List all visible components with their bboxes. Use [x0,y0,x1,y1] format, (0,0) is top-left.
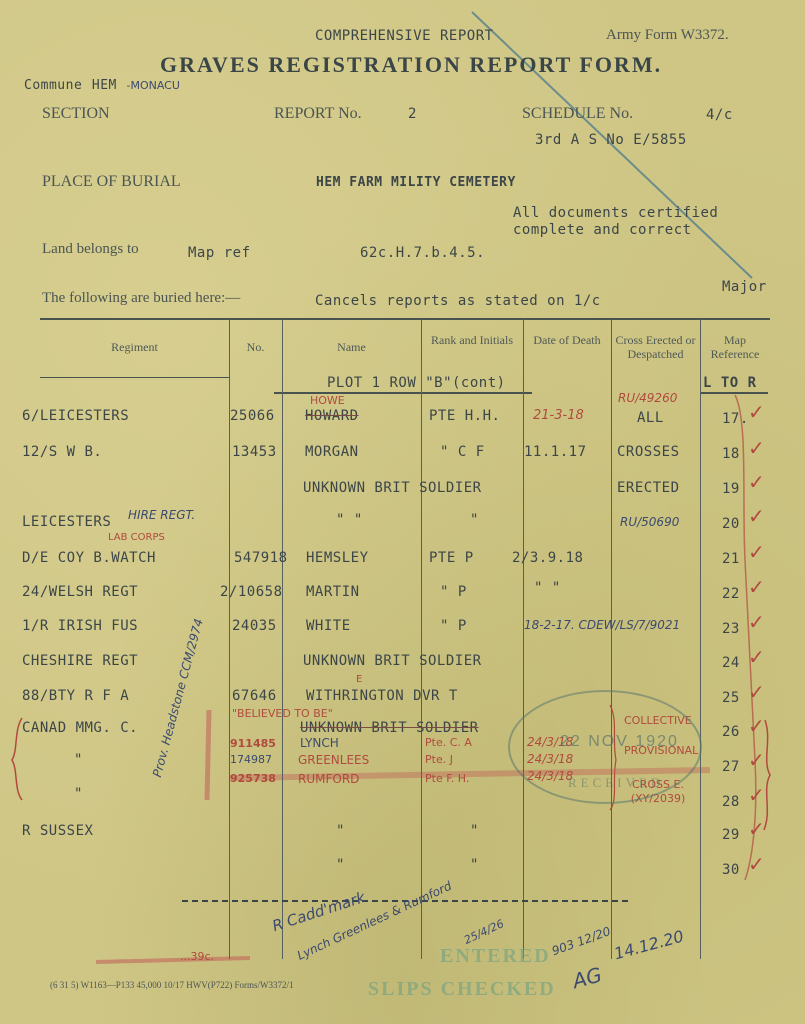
regiment-cell: CANAD MMG. C. [22,720,138,736]
map-cell: 26 [722,724,740,740]
map-cell: 30 [722,862,740,878]
commune-label: Commune [24,78,82,93]
army-form-number: Army Form W3372. [606,27,729,44]
name-cell: WITHRINGTON DVR T [306,688,458,704]
check-icon: ✓ [748,645,765,669]
col-divider [700,319,701,959]
number-cell: 174987 [230,753,272,766]
map-cell: 23 [722,621,740,637]
map-cell: 18 [722,446,740,462]
name-cell: MORGAN [305,444,359,460]
pencil-diagonal-mark [0,0,805,1024]
regiment-handwritten: HIRE REGT. [128,508,195,522]
rank-cell: PTE P [429,550,474,566]
map-ref-value: 62c.H.7.b.4.5. [360,245,485,261]
rank-cell: Pte F. H. [425,772,469,785]
struck-name: UNKNOWN BRIT SOLDIER [300,720,479,736]
certified-line-1: All documents certified [513,205,718,221]
rank-cell: Pte. J [425,753,453,766]
regiment-cell: D/E COY B.WATCH [22,550,156,566]
regiment-handwritten: LAB CORPS [108,532,165,543]
date-cell: " " [534,580,561,596]
schedule-number: 4/c [706,107,733,123]
name-cell: " " [336,512,363,528]
name-correction: E [356,674,362,685]
comprehensive-report-label: COMPREHENSIVE REPORT [315,28,494,44]
col-header-name: Name [282,340,421,354]
place-of-burial-label: PLACE OF BURIAL [42,173,181,191]
regiment-cell: 24/WELSH REGT [22,584,138,600]
check-icon: ✓ [748,575,765,599]
rank-cell: " P [440,618,467,634]
slips-checked-stamp: SLIPS CHECKED [368,978,556,1001]
cross-note: RU/49260 [618,391,677,405]
name-cell: LYNCH [300,736,339,750]
date-cell: 21-3-18 [533,408,584,423]
map-order-underline [700,392,768,394]
cross-note: RU/50690 [620,515,679,529]
check-icon: ✓ [748,748,765,772]
number-cell: 911485 [230,737,276,750]
name-cell: " [336,857,345,873]
name-cell: UNKNOWN BRIT SOLDIER [303,480,482,496]
rank-cell: PTE H.H. [429,408,500,424]
regiment-cell: 88/BTY R F A [22,688,129,704]
commune-value: HEM [92,78,117,93]
regiment-cell: " [74,786,83,802]
number-cell: 67646 [232,688,277,704]
check-icon: ✓ [748,540,765,564]
name-cell: UNKNOWN BRIT SOLDIER [303,653,482,669]
date-cell: 11.1.17 [524,444,587,460]
plot-row-label: PLOT 1 ROW "B"(cont) [327,375,506,391]
regiment-cell: 1/R IRISH FUS [22,618,138,634]
page-title: GRAVES REGISTRATION REPORT FORM. [160,52,662,78]
check-icon: ✓ [748,436,765,460]
number-cell: 25066 [230,408,275,424]
check-icon: ✓ [748,470,765,494]
map-ref-label: Map ref [188,245,251,261]
name-cell: MARTIN [306,584,360,600]
entered-stamp: ENTERED [440,945,551,968]
col-header-rank: Rank and Initials [421,333,523,347]
commune-field: Commune HEM -MONACU [24,76,180,94]
map-cell: 29 [722,827,740,843]
map-cell: 28 [722,794,740,810]
check-icon: ✓ [748,714,765,738]
check-icon: ✓ [748,680,765,704]
name-cell: HEMSLEY [306,550,369,566]
rank-cell: Pte. C. A [425,736,472,749]
col-divider [282,319,283,959]
map-order-label: L TO R [703,375,757,391]
check-icon: ✓ [748,504,765,528]
name-cell: HOWARD [305,408,359,424]
name-correction: HOWE [310,394,345,407]
rank-cell: " P [440,584,467,600]
number-cell: 2/10658 [220,584,283,600]
name-cell: RUMFORD [298,772,359,786]
section-label: SECTION [42,105,110,123]
check-icon: ✓ [748,817,765,841]
land-belongs-label: Land belongs to [42,241,139,258]
number-cell: 925738 [230,772,276,785]
col-header-no: No. [229,340,282,354]
rank-cell: " [470,823,479,839]
map-cell: 24 [722,655,740,671]
regiment-cell: R SUSSEX [22,823,93,839]
date-cell: 2/3.9.18 [512,550,583,566]
number-cell: 547918 [234,550,288,566]
table-top-rule [40,318,770,320]
buried-value: Cancels reports as stated on 1/c [315,293,601,309]
regiment-cell: LEICESTERS [22,514,111,530]
number-cell: 24035 [232,618,277,634]
buried-label: The following are buried here:— [42,290,240,307]
map-cell: 22 [722,586,740,602]
regiment-cell: CHESHIRE REGT [22,653,138,669]
map-cell: 19 [722,481,740,497]
place-of-burial-value: HEM FARM MILITY CEMETERY [316,175,516,190]
regiment-cell: 6/LEICESTERS [22,408,129,424]
rank-cell: " C F [440,444,485,460]
col-header-regiment: Regiment [40,340,229,354]
map-cell: 17. [722,411,749,427]
regiment-cell: 12/S W B. [22,444,102,460]
name-cell: " [336,823,345,839]
col-divider [523,319,524,959]
header-bottom-rule [40,377,230,378]
check-icon: ✓ [748,852,765,876]
col-divider [611,319,612,959]
believed-note: "BELIEVED TO BE" [232,707,333,720]
as-number: 3rd A S No E/5855 [535,132,687,148]
stamp-text: RECEIVED [568,775,664,791]
check-icon: ✓ [748,783,765,807]
stamp-date: 22 NOV 1920 [560,733,679,751]
col-header-map: Map Reference [700,333,770,361]
report-number: 2 [408,106,417,122]
cross-cell: ERECTED [617,480,680,496]
cross-cell: CROSSES [617,444,680,460]
cross-cell: ALL [637,410,664,426]
name-cell: GREENLEES [298,753,369,767]
date-cell: 18-2-17. CDEW/LS/7/9021 [524,618,680,632]
report-label: REPORT No. [274,105,362,123]
signature-rank: Major [722,279,767,295]
commune-handwritten: -MONACU [127,79,180,92]
check-icon: ✓ [748,610,765,634]
certified-line-2: complete and correct [513,222,692,238]
regiment-cell: " [74,752,83,768]
map-cell: 25 [722,690,740,706]
map-cell: 27 [722,759,740,775]
footer-struck-note: ...39c. [180,950,214,963]
rank-cell: " [470,857,479,873]
col-header-cross: Cross Erected or Despatched [611,333,700,361]
check-icon: ✓ [748,400,765,424]
name-cell: WHITE [306,618,351,634]
map-cell: 21 [722,551,740,567]
print-line: (6 31 5) W1163—P133 45,000 10/17 HWV(P72… [50,980,294,990]
map-cell: 20 [722,516,740,532]
col-divider [421,319,422,959]
schedule-label: SCHEDULE No. [522,105,633,123]
number-cell: 13453 [232,444,277,460]
rank-cell: " [470,512,479,528]
col-header-date: Date of Death [523,333,611,347]
